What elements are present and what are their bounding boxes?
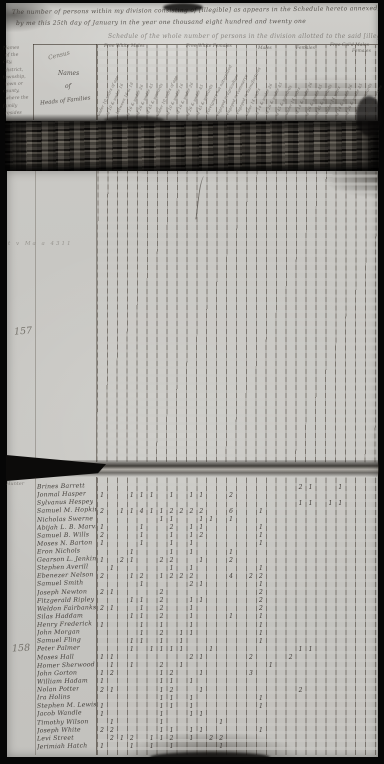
household-name: Moses Hall <box>37 653 74 661</box>
tally-mark: 2 <box>107 727 116 734</box>
tally-mark: 2 <box>167 524 176 531</box>
tally-mark: 1 <box>187 597 196 604</box>
tally-mark: 1 <box>167 516 176 523</box>
household-name: Silas Haddam <box>37 612 83 620</box>
tally-mark: 2 <box>98 532 107 539</box>
tally-mark: 1 <box>187 549 196 556</box>
tally-mark: 1 <box>167 540 176 547</box>
tally-mark: 1 <box>187 727 196 734</box>
tally-mark: 1 <box>98 622 107 629</box>
tally-mark: 2 <box>98 589 107 596</box>
tally-mark: 1 <box>177 638 186 645</box>
damaged-fold-band <box>5 121 379 171</box>
tally-mark: 1 <box>197 492 206 499</box>
household-name: Henry Frederick <box>37 620 92 628</box>
tally-mark: 1 <box>127 573 136 580</box>
tally-mark: 1 <box>187 630 196 637</box>
tally-mark: 1 <box>177 630 186 637</box>
tally-mark: 1 <box>296 500 305 507</box>
tally-mark: 1 <box>127 549 136 556</box>
tally-mark: 2 <box>137 573 146 580</box>
tally-mark: 1 <box>197 597 206 604</box>
household-name: William Hadam <box>37 677 88 685</box>
tally-mark: 1 <box>326 500 335 507</box>
name-column-heading-2: of <box>65 83 71 90</box>
page-number-158: 158 <box>12 643 31 655</box>
column-group-label: Free White Males <box>104 44 145 49</box>
side-column-line: township, <box>3 74 26 80</box>
tally-mark: 1 <box>167 549 176 556</box>
tally-mark: 1 <box>127 638 136 645</box>
tally-mark: 1 <box>217 743 226 750</box>
tally-mark: 2 <box>256 597 265 604</box>
tally-mark: 1 <box>157 678 166 685</box>
tally-mark: 1 <box>98 743 107 750</box>
tally-mark: 2 <box>187 573 196 580</box>
tally-mark: 1 <box>256 532 265 539</box>
tally-mark: 1 <box>306 646 315 653</box>
tally-mark: 2 <box>256 605 265 612</box>
tally-mark: 2 <box>117 557 126 564</box>
household-name: Joseph White <box>37 726 81 734</box>
tally-mark: 2 <box>296 484 305 491</box>
household-name: John Gorton <box>37 669 77 677</box>
tally-mark: 1 <box>256 630 265 637</box>
tally-mark: 1 <box>137 613 146 620</box>
tally-mark: 1 <box>157 695 166 702</box>
tally-mark: 1 <box>197 670 206 677</box>
tally-mark: 1 <box>167 703 176 710</box>
tally-mark: 4 <box>137 508 146 515</box>
tally-mark: 1 <box>167 565 176 572</box>
tally-mark: 2 <box>217 735 226 742</box>
tally-mark: 1 <box>137 540 146 547</box>
tally-mark: 2 <box>167 557 176 564</box>
column-group-label: Females <box>352 49 371 54</box>
tally-mark: 1 <box>256 695 265 702</box>
tally-mark: 2 <box>187 654 196 661</box>
tally-mark: 2 <box>227 492 236 499</box>
tally-mark: 1 <box>227 516 236 523</box>
tally-mark: 1 <box>157 703 166 710</box>
tally-mark: 2 <box>167 687 176 694</box>
tally-mark: 1 <box>187 711 196 718</box>
tally-mark: 1 <box>127 597 136 604</box>
tally-mark: 2 <box>167 573 176 580</box>
tally-mark: 1 <box>256 524 265 531</box>
tally-mark: 2 <box>177 508 186 515</box>
tally-mark: 1 <box>147 646 156 653</box>
tally-mark: 1 <box>177 646 186 653</box>
tally-mark: 1 <box>157 638 166 645</box>
tally-mark: 1 <box>187 532 196 539</box>
tally-mark: 1 <box>137 581 146 588</box>
tally-mark: 2 <box>167 735 176 742</box>
tally-mark: 1 <box>256 638 265 645</box>
side-column-line: town or <box>5 82 23 88</box>
tally-mark: 1 <box>127 646 136 653</box>
tally-mark: 2 <box>197 532 206 539</box>
tally-mark: 1 <box>98 492 107 499</box>
tally-mark: 1 <box>127 613 136 620</box>
tally-mark: 1 <box>197 516 206 523</box>
tally-mark: 1 <box>227 613 236 620</box>
tally-mark: 1 <box>197 557 206 564</box>
side-column-line: family <box>3 103 18 108</box>
tally-mark: 2 <box>167 508 176 515</box>
tally-mark: 2 <box>107 670 116 677</box>
tally-mark: 1 <box>137 524 146 531</box>
tally-mark: 2 <box>98 687 107 694</box>
tally-mark: 1 <box>107 662 116 669</box>
tally-mark: 1 <box>187 540 196 547</box>
household-name: Levi Street <box>37 734 74 742</box>
tally-mark: 1 <box>187 565 196 572</box>
household-name: Nicholas Swerne <box>37 515 93 523</box>
tally-mark: 2 <box>157 589 166 596</box>
tally-mark: 1 <box>187 613 196 620</box>
household-name: Homer Sherwood <box>37 661 95 670</box>
tally-mark: 1 <box>177 662 186 669</box>
tally-mark: 1 <box>157 622 166 629</box>
tally-mark: 1 <box>147 743 156 750</box>
tally-mark: 1 <box>137 492 146 499</box>
tally-mark: 2 <box>187 508 196 515</box>
tally-mark: 2 <box>157 662 166 669</box>
tally-mark: 1 <box>98 557 107 564</box>
tally-mark: 2 <box>157 605 166 612</box>
name-column-heading-1: Names <box>58 70 79 77</box>
tally-mark: 2 <box>197 508 206 515</box>
column-group-label: Females <box>296 46 315 51</box>
tally-mark: 1 <box>306 484 315 491</box>
tally-mark: 1 <box>197 687 206 694</box>
tally-mark: 1 <box>147 492 156 499</box>
side-column-line: district, <box>5 67 23 73</box>
tally-mark: 1 <box>256 540 265 547</box>
tally-mark: 1 <box>187 735 196 742</box>
tally-mark: 1 <box>197 581 206 588</box>
tally-mark: 2 <box>256 589 265 596</box>
tally-mark: 1 <box>306 500 315 507</box>
tally-mark: 1 <box>266 662 275 669</box>
tally-mark: 1 <box>127 743 136 750</box>
tally-mark: 1 <box>167 743 176 750</box>
tally-mark: 1 <box>167 492 176 499</box>
tally-mark: 1 <box>98 654 107 661</box>
tally-mark: 2 <box>167 670 176 677</box>
tally-mark: 1 <box>256 581 265 588</box>
side-column-line: county, <box>3 89 20 95</box>
tally-mark: 1 <box>137 532 146 539</box>
tally-mark: 1 <box>137 597 146 604</box>
tally-mark: 1 <box>197 711 206 718</box>
tally-mark: 1 <box>107 687 116 694</box>
column-group-label: Males <box>258 46 272 51</box>
tally-mark: 1 <box>157 670 166 677</box>
tally-mark: 1 <box>157 727 166 734</box>
tally-mark: 2 <box>256 573 265 580</box>
tally-mark: 1 <box>207 516 216 523</box>
household-name: Weldon Fairbanks <box>37 604 96 613</box>
tally-mark: 1 <box>137 622 146 629</box>
tally-mark: 1 <box>256 508 265 515</box>
tally-mark: 1 <box>107 565 116 572</box>
tally-mark: 1 <box>157 687 166 694</box>
household-name: Brines Barrett <box>37 482 85 490</box>
tally-mark: 1 <box>157 508 166 515</box>
household-name: Nolan Potter <box>37 685 80 693</box>
household-name: Jonmal Hasper <box>37 490 86 498</box>
tally-mark: 1 <box>137 630 146 637</box>
tally-mark: 1 <box>187 622 196 629</box>
tally-mark: 2 <box>98 508 107 515</box>
household-name: Moses N. Barton <box>37 539 93 547</box>
household-name: Timothy Wilson <box>37 718 89 726</box>
tally-mark: 1 <box>187 492 196 499</box>
tally-mark: 1 <box>167 678 176 685</box>
tally-mark: 1 <box>107 654 116 661</box>
tally-mark: 1 <box>98 678 107 685</box>
tally-mark: 2 <box>127 735 136 742</box>
tally-mark: 1 <box>98 703 107 710</box>
tally-mark: 2 <box>207 735 216 742</box>
tally-mark: 1 <box>157 735 166 742</box>
name-column-divider-mid <box>96 171 97 462</box>
margin-divider-mid <box>35 171 36 462</box>
household-name: Samuel B. Wills <box>37 531 89 539</box>
tally-mark: 1 <box>127 492 136 499</box>
column-group-label: Free White Females <box>186 44 232 49</box>
household-name: Joseph Newton <box>37 588 87 596</box>
tally-mark: 1 <box>98 711 107 718</box>
side-column-line: city, <box>3 60 13 65</box>
tally-mark: 1 <box>197 524 206 531</box>
tally-mark: 2 <box>98 605 107 612</box>
tally-mark: 1 <box>157 711 166 718</box>
household-name: Eron Nichols <box>37 547 80 555</box>
tally-mark: 1 <box>157 719 166 726</box>
column-group-label: Free Col'd Males <box>330 43 369 48</box>
tally-mark: 6 <box>227 508 236 515</box>
tally-mark: 1 <box>256 703 265 710</box>
tally-mark: 1 <box>98 540 107 547</box>
tally-mark: 1 <box>256 613 265 620</box>
tally-mark: 1 <box>167 727 176 734</box>
tally-mark: 1 <box>107 589 116 596</box>
tally-mark: 1 <box>127 508 136 515</box>
tally-mark: 1 <box>137 605 146 612</box>
side-column-line: of the <box>5 53 19 58</box>
tally-mark: 1 <box>147 735 156 742</box>
tally-mark: 1 <box>117 735 126 742</box>
side-column-line: Names <box>3 46 19 52</box>
schedule-title: Schedule of the whole number of persons … <box>108 33 378 40</box>
tally-mark: 2 <box>98 573 107 580</box>
tally-mark: 3 <box>246 670 255 677</box>
ink-smudge <box>163 3 203 12</box>
edge-smudge-top <box>104 116 164 124</box>
tally-mark: 2 <box>246 654 255 661</box>
household-name: Abijah L. B. Marvin <box>37 523 96 532</box>
tally-mark: 2 <box>286 654 295 661</box>
tally-mark: 2 <box>177 573 186 580</box>
tally-mark: 1 <box>187 524 196 531</box>
tally-mark: 1 <box>98 524 107 531</box>
tally-mark: 1 <box>107 719 116 726</box>
household-name: Ira Holins <box>37 694 70 702</box>
tally-mark: 1 <box>207 646 216 653</box>
tally-mark: 1 <box>197 727 206 734</box>
tally-mark: 2 <box>157 557 166 564</box>
tally-mark: 2 <box>107 735 116 742</box>
tally-mark: 1 <box>227 549 236 556</box>
tally-mark: 2 <box>157 630 166 637</box>
pencil-scribble-note: t v Ma a 4311 <box>8 241 73 247</box>
tally-mark: 1 <box>296 646 305 653</box>
page-number-157: 157 <box>14 325 33 337</box>
household-name: John Morgan <box>37 629 80 637</box>
tally-mark: 2 <box>246 573 255 580</box>
tally-mark: 1 <box>167 646 176 653</box>
margin-word: Hunter <box>6 481 24 487</box>
tally-mark: 1 <box>336 484 345 491</box>
tally-mark: 2 <box>187 581 196 588</box>
tally-mark: 1 <box>167 695 176 702</box>
margin-divider-names <box>35 477 36 755</box>
tally-mark: 2 <box>157 613 166 620</box>
tally-mark: 1 <box>336 500 345 507</box>
tally-mark: 1 <box>157 573 166 580</box>
tally-mark: 1 <box>127 662 136 669</box>
tally-mark: 1 <box>107 605 116 612</box>
margin-divider-header <box>33 44 34 120</box>
tally-mark: 1 <box>187 678 196 685</box>
tally-mark: 1 <box>167 532 176 539</box>
tally-mark: 1 <box>197 654 206 661</box>
tally-mark: 2 <box>157 597 166 604</box>
tally-mark: 1 <box>117 508 126 515</box>
empty-ruled-section <box>97 171 378 463</box>
tally-mark: 1 <box>217 719 226 726</box>
tally-mark: 1 <box>187 695 196 702</box>
tally-mark: 1 <box>127 557 136 564</box>
tally-mark: 1 <box>187 703 196 710</box>
census-manuscript-page: The number of persons within my division… <box>0 0 384 764</box>
name-column-divider-header <box>96 44 97 120</box>
tally-mark: 1 <box>187 605 196 612</box>
tally-mark: 1 <box>256 622 265 629</box>
tally-mark: 1 <box>137 638 146 645</box>
household-name: Fitzgerald Ripley <box>37 596 95 604</box>
tally-mark: 1 <box>256 727 265 734</box>
tally-mark: 2 <box>296 687 305 694</box>
tally-mark: 1 <box>147 508 156 515</box>
tally-mark: 2 <box>98 727 107 734</box>
tally-mark: 1 <box>157 646 166 653</box>
tally-mark: 2 <box>227 557 236 564</box>
tally-mark: 1 <box>98 670 107 677</box>
tally-mark: 1 <box>256 565 265 572</box>
tally-mark: 4 <box>227 573 236 580</box>
tally-mark: 1 <box>157 516 166 523</box>
edge-smudge-bottom <box>150 752 270 762</box>
household-name: Jerimiah Hatch <box>37 742 88 750</box>
